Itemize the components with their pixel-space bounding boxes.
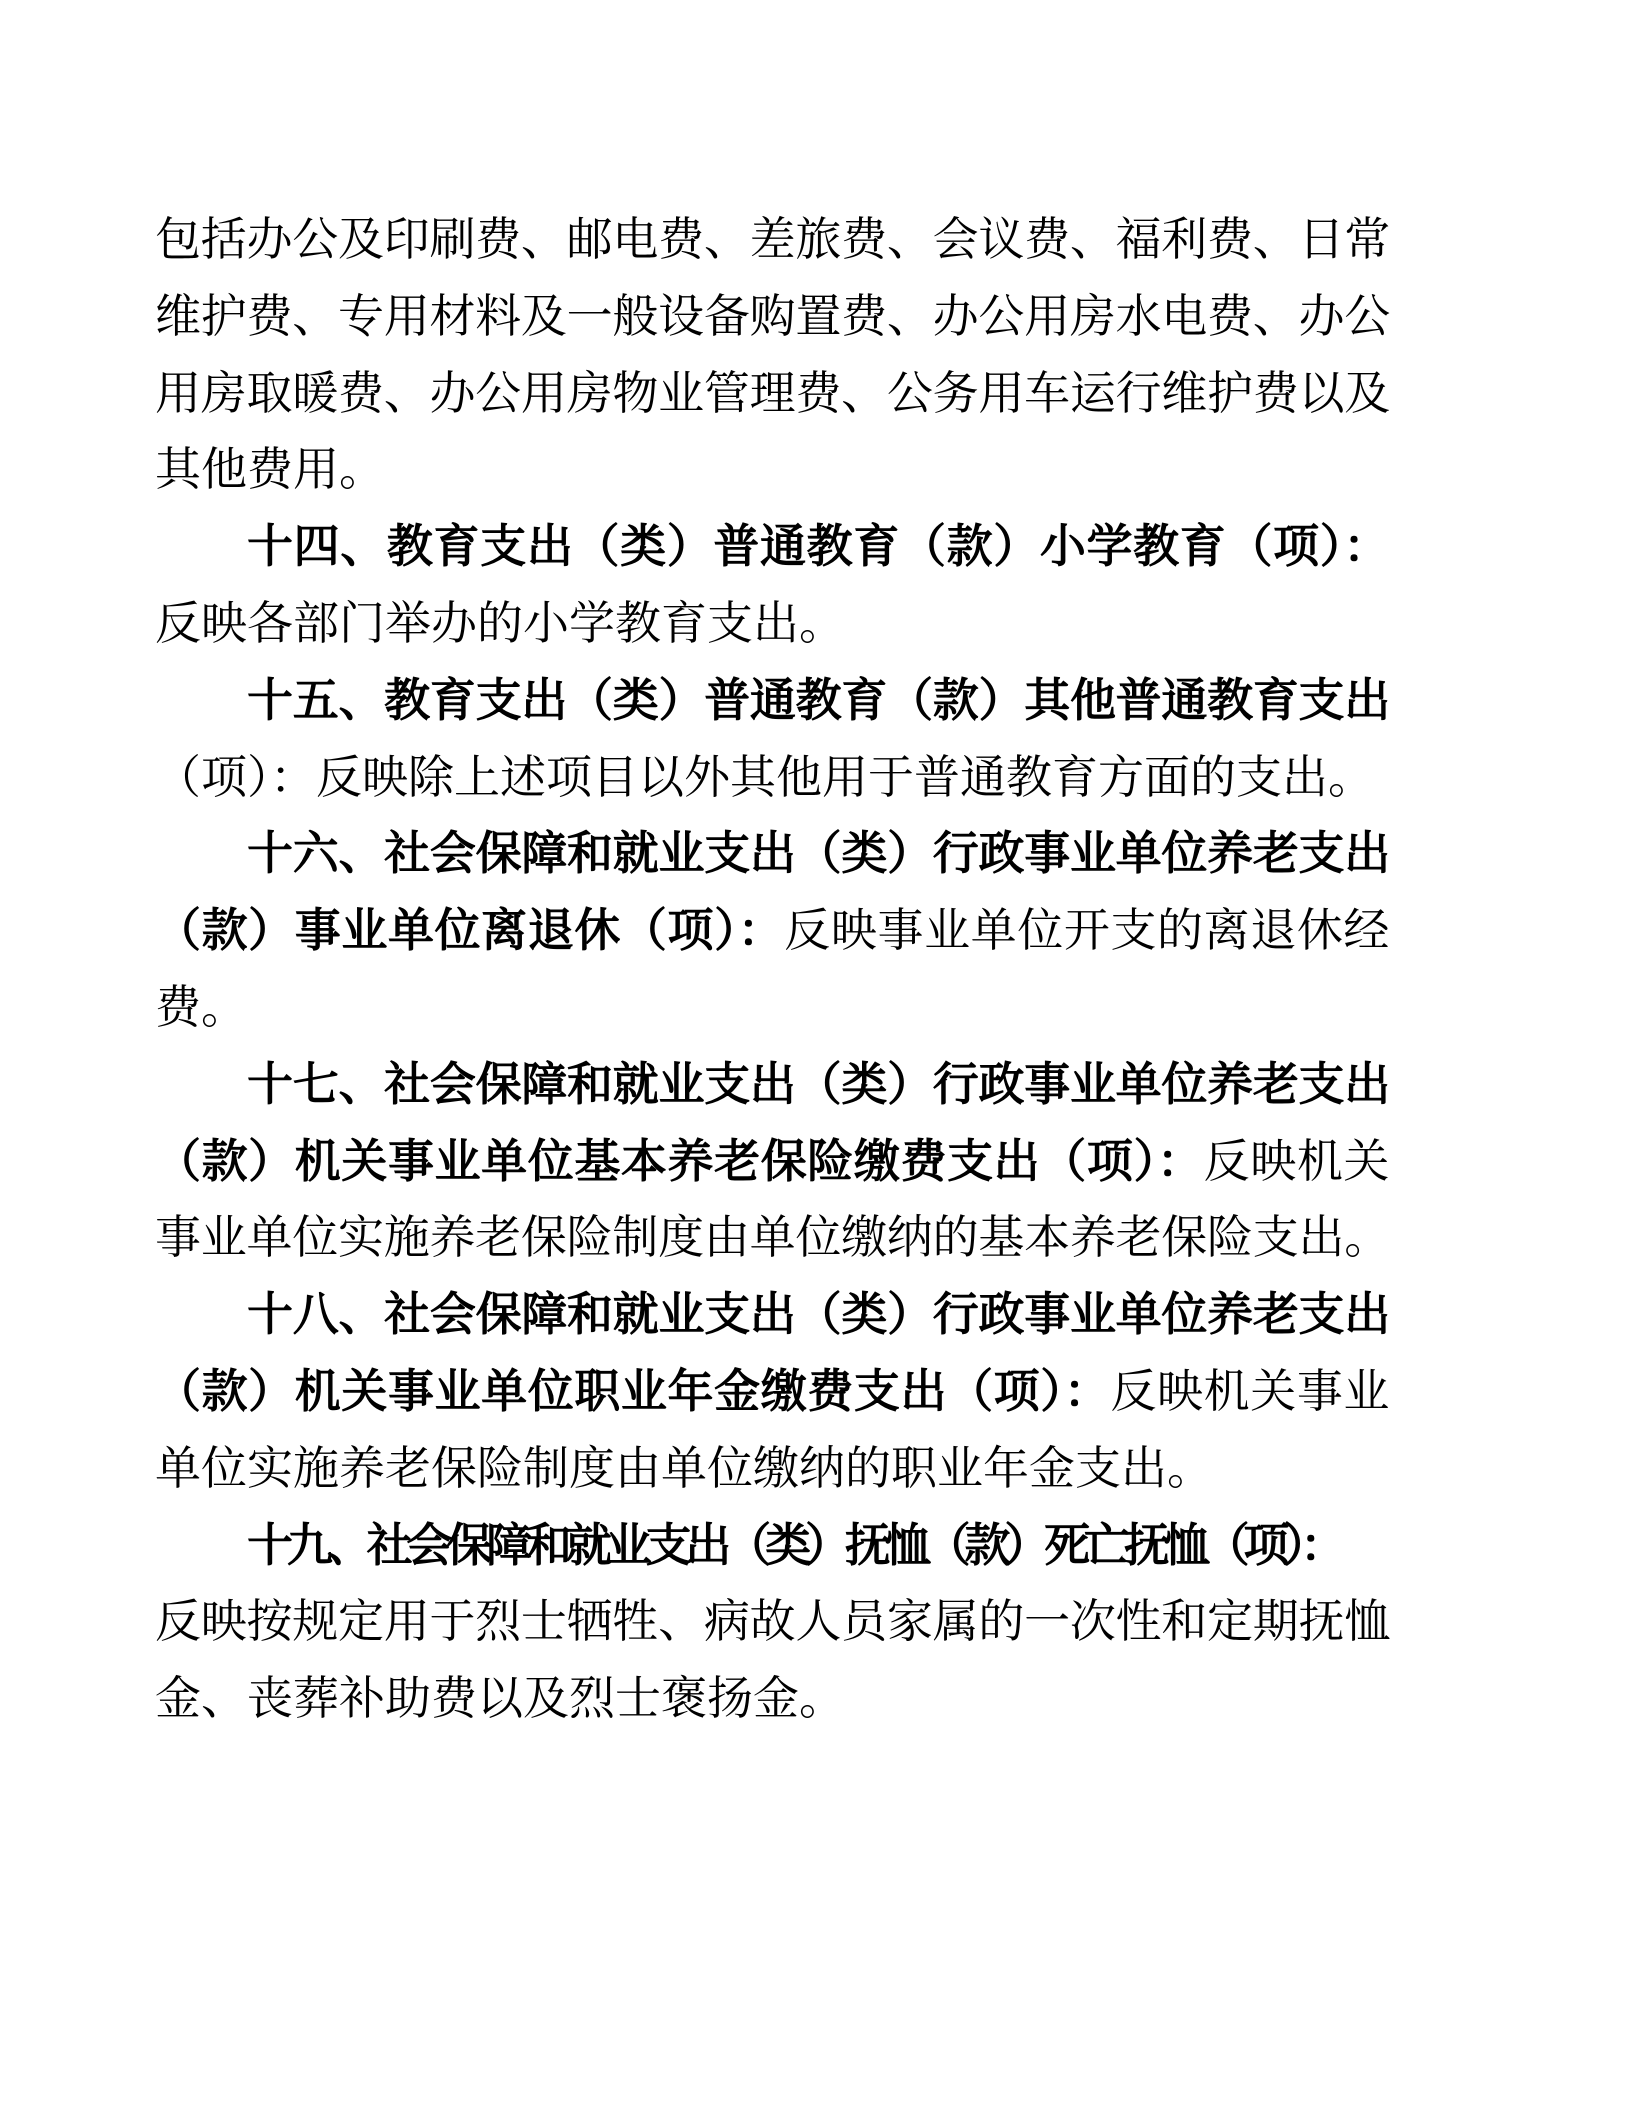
text-line: 单位实施养老保险制度由单位缴纳的职业年金支出。: [155, 1431, 1390, 1508]
heading-text: 十五、教育支出（类）普通教育（款）其他普通教育支出: [247, 675, 1390, 726]
document-page: 包括办公及印刷费、邮电费、差旅费、会议费、福利费、日常 维护费、专用材料及一般设…: [0, 0, 1632, 2112]
text-line: 事业单位实施养老保险制度由单位缴纳的基本养老保险支出。: [155, 1200, 1390, 1277]
body-text: 费。: [155, 982, 247, 1033]
body-text: 反映机关事业: [1110, 1366, 1390, 1417]
body-text: 包括办公及印刷费、邮电费、差旅费、会议费、福利费、日常: [155, 214, 1390, 265]
body-text: （项）：反映除上述项目以外其他用于普通教育方面的支出。: [155, 752, 1374, 803]
body-text: 用房取暖费、办公用房物业管理费、公务用车运行维护费以及: [155, 368, 1390, 419]
heading-text: （款）机关事业单位职业年金缴费支出（项）：: [155, 1366, 1110, 1417]
heading-text: 十九、社会保障和就业支出（类）抚恤（款）死亡抚恤（项）：: [247, 1520, 1340, 1571]
heading-text: 十八、社会保障和就业支出（类）行政事业单位养老支出: [247, 1289, 1390, 1340]
text-line: 费。: [155, 970, 1390, 1047]
body-text: 事业单位实施养老保险制度由单位缴纳的基本养老保险支出。: [155, 1212, 1390, 1263]
text-line: （款）事业单位离退休（项）：反映事业单位开支的离退休经: [155, 893, 1390, 970]
text-line-heading-17: 十七、社会保障和就业支出（类）行政事业单位养老支出: [155, 1047, 1390, 1124]
body-text: 反映各部门举办的小学教育支出。: [155, 598, 845, 649]
heading-text: 十六、社会保障和就业支出（类）行政事业单位养老支出: [247, 828, 1390, 879]
text-block: 包括办公及印刷费、邮电费、差旅费、会议费、福利费、日常 维护费、专用材料及一般设…: [155, 202, 1390, 1738]
text-line-heading-18: 十八、社会保障和就业支出（类）行政事业单位养老支出: [155, 1277, 1390, 1354]
text-line: 其他费用。: [155, 432, 1390, 509]
text-line: 反映各部门举办的小学教育支出。: [155, 586, 1390, 663]
heading-text: 十七、社会保障和就业支出（类）行政事业单位养老支出: [247, 1059, 1390, 1110]
text-line: （款）机关事业单位基本养老保险缴费支出（项）：反映机关: [155, 1124, 1390, 1201]
body-text: 金、丧葬补助费以及烈士褒扬金。: [155, 1673, 845, 1724]
text-line: （款）机关事业单位职业年金缴费支出（项）：反映机关事业: [155, 1354, 1390, 1431]
text-line: 维护费、专用材料及一般设备购置费、办公用房水电费、办公: [155, 279, 1390, 356]
body-text: 反映按规定用于烈士牺牲、病故人员家属的一次性和定期抚恤: [155, 1596, 1390, 1647]
text-line: 用房取暖费、办公用房物业管理费、公务用车运行维护费以及: [155, 356, 1390, 433]
text-line-heading-15: 十五、教育支出（类）普通教育（款）其他普通教育支出: [155, 663, 1390, 740]
body-text: 维护费、专用材料及一般设备购置费、办公用房水电费、办公: [155, 291, 1390, 342]
body-text: 其他费用。: [155, 444, 385, 495]
text-line-heading-16: 十六、社会保障和就业支出（类）行政事业单位养老支出: [155, 816, 1390, 893]
heading-text: 十四、教育支出（类）普通教育（款）小学教育（项）：: [247, 521, 1390, 572]
text-line: 反映按规定用于烈士牺牲、病故人员家属的一次性和定期抚恤: [155, 1584, 1390, 1661]
text-line-heading-14: 十四、教育支出（类）普通教育（款）小学教育（项）：: [155, 509, 1390, 586]
text-line: （项）：反映除上述项目以外其他用于普通教育方面的支出。: [155, 740, 1390, 817]
body-text: 反映事业单位开支的离退休经: [784, 905, 1390, 956]
body-text: 单位实施养老保险制度由单位缴纳的职业年金支出。: [155, 1443, 1213, 1494]
text-line-heading-19: 十九、社会保障和就业支出（类）抚恤（款）死亡抚恤（项）：: [155, 1508, 1390, 1585]
heading-text: （款）机关事业单位基本养老保险缴费支出（项）：: [155, 1136, 1204, 1187]
text-line: 金、丧葬补助费以及烈士褒扬金。: [155, 1661, 1390, 1738]
body-text: 反映机关: [1204, 1136, 1390, 1187]
text-line: 包括办公及印刷费、邮电费、差旅费、会议费、福利费、日常: [155, 202, 1390, 279]
heading-text: （款）事业单位离退休（项）：: [155, 905, 784, 956]
